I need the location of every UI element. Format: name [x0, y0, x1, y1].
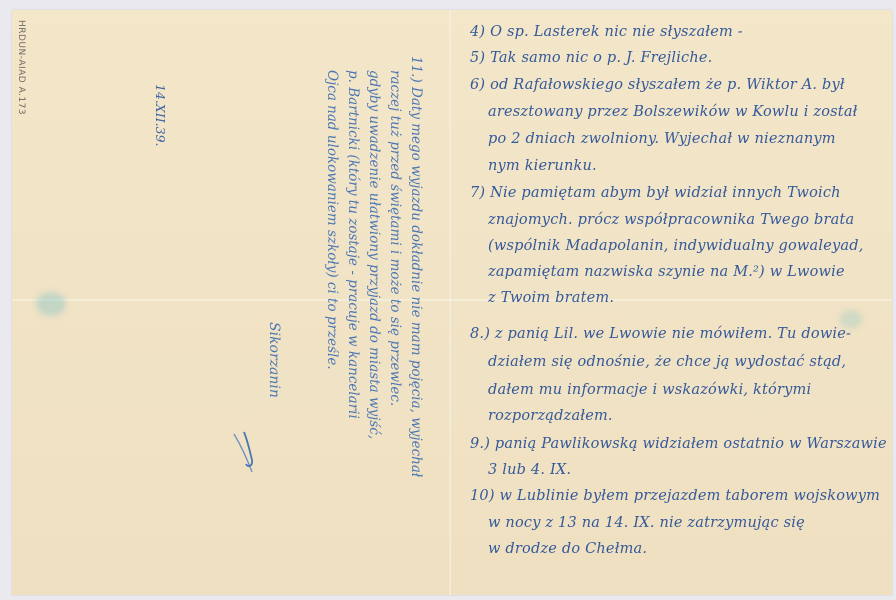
- item-10-line: 10) w Lublinie byłem przejazdem taborem …: [470, 488, 880, 504]
- item-11-line: p. Bartnicki (który tu zostaje - pracuje…: [342, 56, 363, 477]
- item-7-line: (wspólnik Madapolanin, indywidualny gowa…: [488, 238, 864, 254]
- item-5-line: 5) Tak samo nic o p. J. Frejliche.: [470, 50, 713, 66]
- item-10-line: w nocy z 13 na 14. IX. nie zatrzymując s…: [488, 515, 805, 531]
- letter-sheet: [12, 10, 892, 595]
- letter-date: 14.XII.39.: [153, 84, 168, 147]
- item-11-line: raczej tuż przed świętami i może to się …: [384, 56, 405, 477]
- item-7-line: znajomych. prócz współpracownika Twego b…: [488, 212, 854, 228]
- archive-reference: HRDUN-AIAD A.173: [16, 20, 26, 115]
- ink-stain: [36, 292, 66, 316]
- item-8-line: rozporządzałem.: [488, 408, 613, 424]
- item-7-line: z Twoim bratem.: [488, 290, 614, 306]
- item-9-line: 3 lub 4. IX.: [488, 462, 571, 478]
- item-8-line: dałem mu informacje i wskazówki, którymi: [488, 382, 811, 398]
- item-8-line: działem się odnośnie, że chce ją wydosta…: [488, 354, 846, 370]
- item-8-line: 8.) z panią Lil. we Lwowie nie mówiłem. …: [470, 326, 851, 342]
- item-11-block: 11.) Daty mego wyjazdu dokładnie nie mam…: [321, 56, 426, 477]
- item-10-line: w drodze do Chełma.: [488, 541, 647, 557]
- item-11-line: gdyby uwadzenie ułatwiony przyjazd do mi…: [363, 56, 384, 477]
- item-6-line: 6) od Rafałowskiego słyszałem że p. Wikt…: [470, 77, 845, 93]
- item-6-line: nym kierunku.: [488, 158, 597, 174]
- item-7-line: zapamiętam nazwiska szynie na M.²) w Lwo…: [488, 264, 845, 280]
- item-11-line: 11.) Daty mego wyjazdu dokładnie nie mam…: [405, 56, 426, 477]
- horizontal-fold: [12, 299, 892, 301]
- item-11-line: Ojca nad ulokowaniem szkoły) ci to prześ…: [321, 56, 342, 477]
- item-6-line: po 2 dniach zwolniony. Wyjechał w niezna…: [488, 131, 836, 147]
- item-4-line: 4) O sp. Lasterek nic nie słyszałem -: [470, 24, 743, 40]
- item-9-line: 9.) panią Pawlikowską widziałem ostatnio…: [470, 436, 887, 452]
- item-7-line: 7) Nie pamiętam abym był widział innych …: [470, 185, 841, 201]
- center-fold: [449, 10, 452, 595]
- signature: Sikorzanin: [266, 322, 282, 398]
- item-6-line: aresztowany przez Bolszewików w Kowlu i …: [488, 104, 858, 120]
- initial-flourish: [230, 430, 256, 476]
